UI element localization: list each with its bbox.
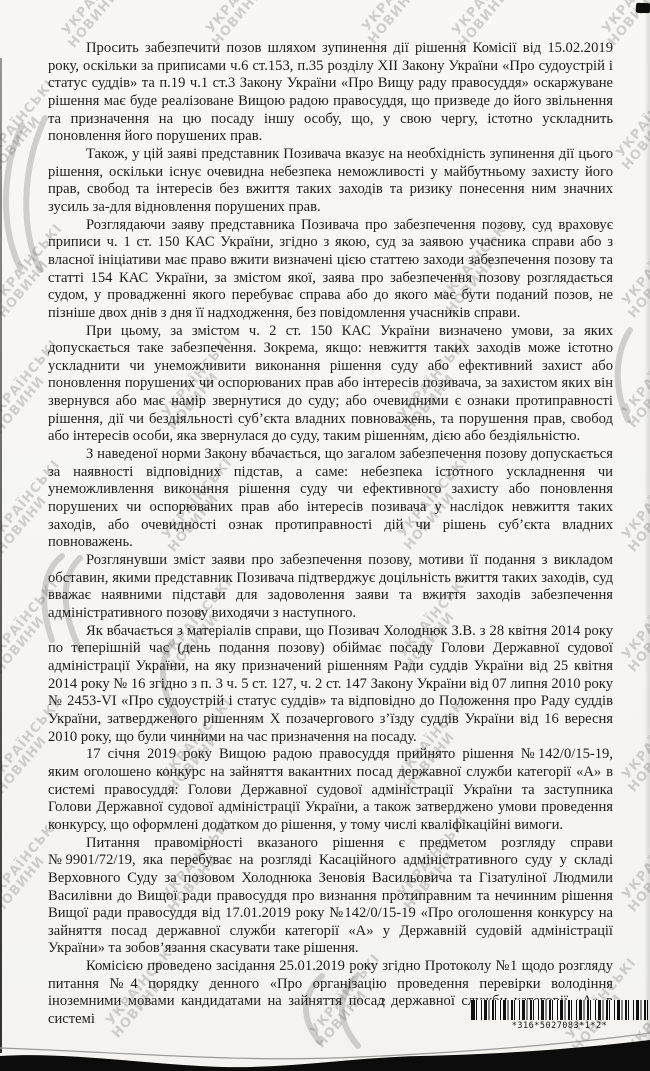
scanned-document-page: УКРАЇНСЬКІНОВИНИУКРАЇНСЬКІНОВИНИУКРАЇНСЬ… xyxy=(0,0,650,1071)
scan-bottom-black-band xyxy=(0,0,650,1071)
